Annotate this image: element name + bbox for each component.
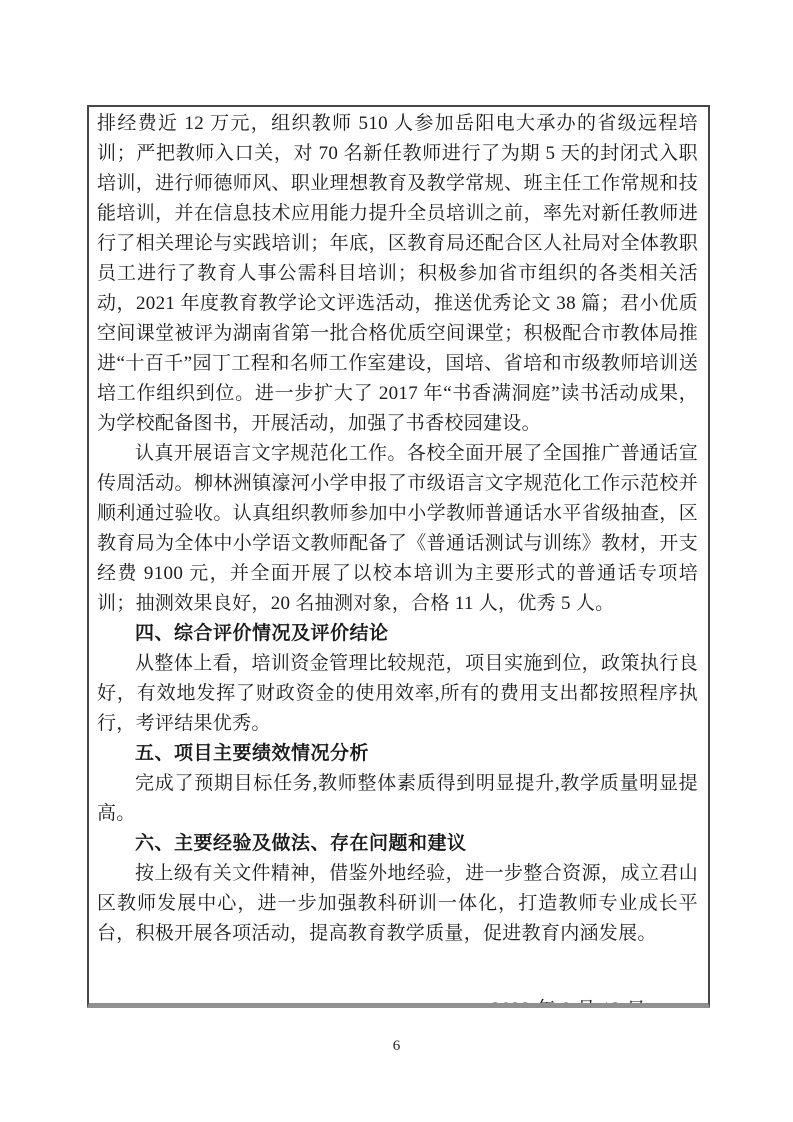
paragraph-performance-result: 完成了预期目标任务,教师整体素质得到明显提升,教学质量明显提高。: [97, 769, 698, 829]
page-number: 6: [0, 1036, 793, 1056]
report-content-box: 排经费近 12 万元，组织教师 510 人参加岳阳电大承办的省级远程培训；严把教…: [87, 105, 710, 1008]
paragraph-overall-evaluation: 从整体上看，培训资金管理比较规范，项目实施到位，政策执行良好，有效地发挥了财政资…: [97, 649, 698, 739]
paragraph-language-standardization: 认真开展语言文字规范化工作。各校全面开展了全国推广普通话宣传周活动。柳林洲镇濠河…: [97, 439, 698, 619]
document-page: 排经费近 12 万元，组织教师 510 人参加岳阳电大承办的省级远程培训；严把教…: [0, 0, 793, 1122]
report-date: 2022 年 8 月 12 日: [97, 995, 698, 1008]
paragraph-teacher-training-funding: 排经费近 12 万元，组织教师 510 人参加岳阳电大承办的省级远程培训；严把教…: [97, 109, 698, 439]
section-heading-comprehensive-evaluation: 四、综合评价情况及评价结论: [97, 619, 698, 649]
paragraph-experience-suggestions: 按上级有关文件精神，借鉴外地经验，进一步整合资源，成立君山区教师发展中心，进一步…: [97, 859, 698, 949]
section-heading-performance-analysis: 五、项目主要绩效情况分析: [97, 739, 698, 769]
section-heading-experience-suggestions: 六、主要经验及做法、存在问题和建议: [97, 829, 698, 859]
